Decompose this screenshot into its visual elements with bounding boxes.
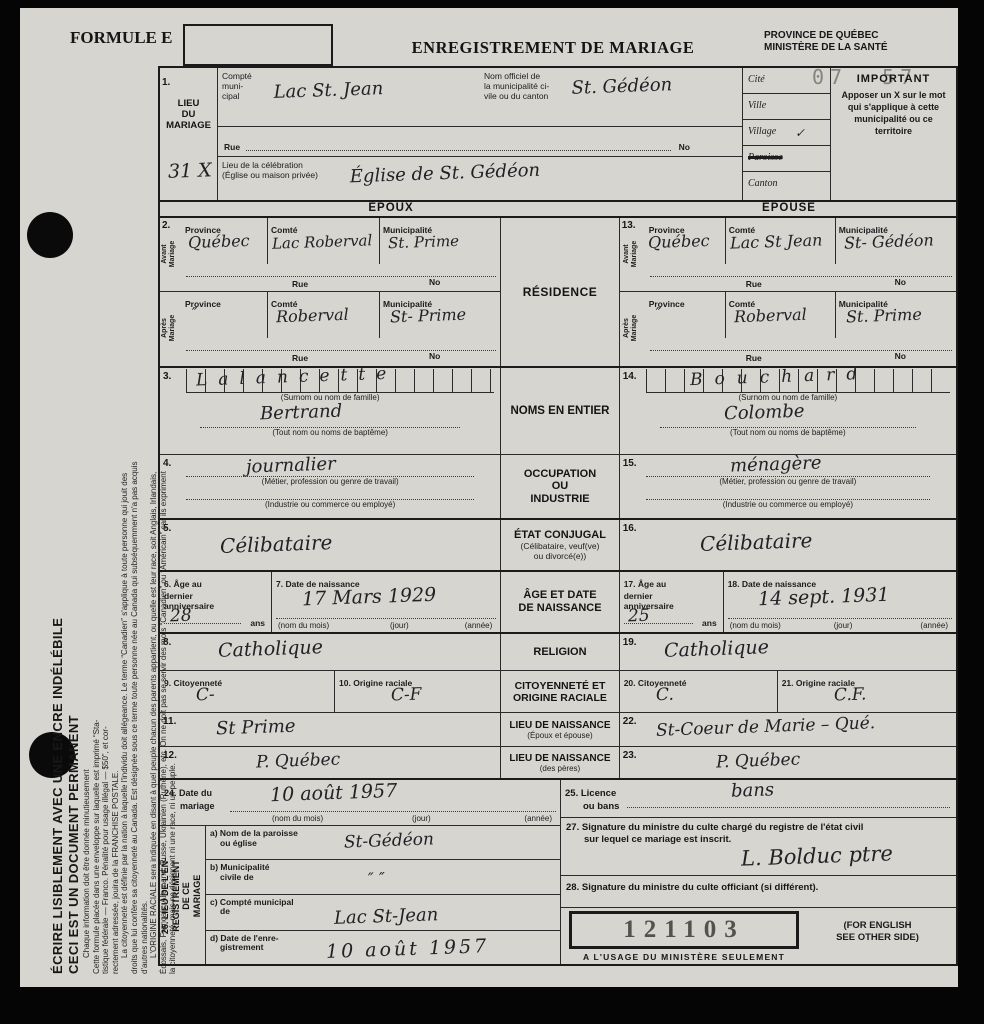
sec3-number: 3.	[163, 371, 171, 382]
sec15-number: 15.	[623, 458, 637, 469]
no-label: No	[429, 277, 440, 287]
sec11-number: 11.	[163, 716, 176, 727]
marriage-registration-form: 1. LIEU DU MARIAGE 31 X Compté muni- cip…	[158, 66, 958, 966]
sec16-number: 16.	[623, 523, 637, 534]
epoux-header: ÉPOUX	[160, 202, 622, 216]
hw-epoux-lieu-naissance: St Prime	[216, 716, 296, 740]
hw-municipalite-civile: St. Gédéon	[571, 74, 673, 123]
section-signature-officiant: 28. Signature du ministre du culte offic…	[561, 876, 956, 908]
margin-line: Cette formule placée dans une enveloppe …	[92, 78, 102, 974]
registration-number: 121103	[623, 916, 745, 944]
territory-paroisse: Paroisse	[743, 146, 830, 172]
etat-center-3: ou divorcé(e))	[501, 551, 618, 561]
territory-ville: Ville	[743, 94, 830, 120]
avant-mariage-label: Avant Mariage	[161, 232, 181, 276]
section-occupation: 4. journalier (Métier, profession ou gen…	[160, 454, 956, 518]
sec14-number: 14.	[623, 371, 637, 382]
rue-label: Rue	[746, 353, 762, 363]
age-center-1: ÂGE ET DATE	[501, 589, 618, 602]
territory-canton: Canton	[743, 172, 830, 200]
margin-line: rectement adressée, jouira de la FRANCHI…	[111, 78, 121, 974]
jour-label: (jour)	[412, 814, 431, 823]
date-dotted-line	[728, 618, 952, 619]
section-residence: 2. Avant Mariage Province Québec Comté L…	[160, 218, 956, 366]
hw-epouse-given-name: Colombe	[723, 401, 804, 425]
hw-epouse-avant-comte: Lac St Jean	[729, 230, 822, 252]
annee-label: (année)	[465, 621, 493, 630]
enregistrement-vert-1: LIEU DE L'EN-	[160, 858, 170, 919]
sec5-number: 5.	[163, 523, 171, 534]
date-mariage-dotted	[230, 811, 556, 812]
lieu-naissance-sub: (Époux et épouse)	[501, 731, 618, 740]
hw-epoux-occupation: journalier	[246, 453, 336, 477]
section-date-mariage: 24. Date du mariage 10 août 1957 (nom du…	[160, 780, 560, 826]
hw-lieu-celebration: Église de St. Gédéon	[349, 160, 540, 200]
residence-center-label: RÉSIDENCE	[501, 285, 618, 299]
hw-signature-ministre: L. Bolduc ptre	[741, 841, 894, 870]
rue-label: Rue	[746, 279, 762, 289]
sec18-number: 18.	[728, 579, 740, 589]
spouse-header-row: ÉPOUX ÉPOUSE	[160, 200, 956, 218]
margin-line: tistique fédérale — Franco. Pénalité pou…	[101, 78, 111, 974]
hw-epouse-avant-province: Québec	[647, 231, 709, 252]
citoyennete-center-1: CITOYENNETÉ ET	[501, 680, 618, 692]
territory-village: Village ✓	[743, 120, 830, 146]
age-center-2: DE NAISSANCE	[501, 602, 618, 615]
section-lieu-naissance: 11. St Prime LIEU DE NAISSANCE (Époux et…	[160, 712, 956, 746]
sec24-number: 24.	[164, 788, 177, 798]
hw-comte-municipal-enr: Lac St-Jean	[334, 904, 439, 929]
annee-label: (année)	[920, 621, 948, 630]
rue-dotted-line	[246, 150, 671, 151]
hw-epoux-religion: Catholique	[218, 636, 324, 662]
hw-epoux-apres-municipalite: St- Prime	[390, 305, 467, 327]
section-ministry-stamp: 121103 A L'USAGE DU MINISTÈRE SEULEMENT …	[561, 908, 956, 964]
hw-epoux-avant-province: Québec	[188, 231, 250, 252]
hw-epoux-date-naissance: 17 Mars 1929	[302, 584, 437, 611]
age-label-1: Âge au	[173, 579, 201, 589]
rue-label: Rue	[292, 279, 308, 289]
citoyennete-center-2: ORIGINE RACIALE	[501, 692, 618, 704]
sec25-number: 25.	[565, 788, 578, 799]
formule-label: FORMULE E	[70, 28, 172, 48]
comte-label-3: cipal	[222, 92, 266, 102]
enregistrement-row-c: c) Compté municipal de Lac St-Jean	[206, 895, 560, 931]
hw-epouse-avant-municipalite: St- Gédéon	[843, 230, 933, 252]
hw-epouse-etat-conjugal: Célibataire	[699, 528, 812, 556]
hw-date-mariage: 10 août 1957	[270, 780, 398, 806]
margin-line: La citoyenneté est définie par la nation…	[120, 78, 130, 974]
licence-dotted	[627, 807, 950, 808]
hw-epouse-origine: C.F.	[833, 684, 866, 705]
enregistrement-row-d: d) Date de l'enre- gistrement 10 août 19…	[206, 931, 560, 964]
section-licence: 25. Licence ou bans bans	[561, 780, 956, 818]
rue-dotted-line	[650, 350, 952, 351]
comte-municipal-label-2: de	[220, 907, 320, 917]
rue-dotted-line	[186, 350, 496, 351]
hw-epouse-lieu-naissance-pere: P. Québec	[715, 750, 800, 773]
sec9-number: 9.	[164, 678, 171, 688]
hw-epouse-occupation: ménagère	[729, 452, 821, 476]
sec23-number: 23.	[623, 750, 637, 761]
margin-line: Chaque information doit être donnée minu…	[82, 78, 92, 974]
industrie-dotted-line	[186, 486, 474, 500]
hw-village-mark: ✓	[795, 126, 806, 140]
industrie-dotted-line	[646, 486, 930, 500]
no-label: No	[679, 143, 690, 153]
section-noms: 3. Lalancette (Surnom ou nom de famille)…	[160, 366, 956, 454]
sec7-number: 7.	[276, 579, 283, 589]
metier-label: (Métier, profession ou genre de travail)	[620, 477, 956, 486]
sec27-number: 27.	[566, 822, 579, 833]
licence-label-1: Licence	[581, 788, 616, 799]
sec28-number: 28.	[566, 882, 579, 893]
hw-epouse-apres-municipalite: St. Prime	[845, 305, 921, 327]
ans-label: ans	[250, 619, 265, 629]
avant-mariage-label: Avant Mariage	[623, 232, 643, 276]
hw-paroisse: St-Gédéon	[344, 829, 435, 857]
margin-bold-line-2: CECI EST UN DOCUMENT PERMANENT	[66, 78, 82, 974]
bapteme-label: (Tout nom ou noms de baptême)	[160, 428, 500, 437]
section-citoyennete: 9. Citoyenneté C- 10. Origine raciale C-…	[160, 670, 956, 712]
margin-line: droits que lui confère sa citoyenneté au…	[130, 78, 140, 974]
rue-label: Rue	[224, 143, 240, 153]
stamp-box-empty	[183, 24, 333, 66]
hw-lieu-code: 31 X	[168, 159, 212, 183]
occupation-center-2: OU	[501, 480, 618, 493]
lieu-naissance-center: LIEU DE NAISSANCE	[501, 720, 618, 731]
hw-epouse-surname: Bouchard	[689, 364, 869, 390]
jour-label: (jour)	[390, 621, 409, 630]
no-label: No	[895, 277, 906, 287]
sec13-number: 13.	[622, 220, 636, 231]
hw-date-enregistrement: 10 août 1957	[326, 935, 490, 964]
hw-epouse-apres-comte: Roberval	[733, 305, 806, 327]
hw-epoux-etat-conjugal: Célibataire	[220, 530, 333, 558]
sec1-label-mariage: MARIAGE	[162, 120, 215, 131]
etat-center-2: (Célibataire, veuf(ve)	[501, 541, 618, 551]
ministere-line: MINISTÈRE DE LA SANTÉ	[764, 42, 888, 54]
sec1-number: 1.	[162, 77, 170, 88]
date-enregistrement-label-2: gistrement	[220, 943, 320, 953]
metier-label: (Métier, profession ou genre de travail)	[160, 477, 500, 486]
paroisse-label-2: ou église	[220, 839, 320, 849]
ministry-stamp-box: 121103	[569, 911, 799, 949]
hw-licence-ou-bans: bans	[731, 779, 775, 801]
municipalite-civile-label-2: civile de	[220, 873, 320, 883]
noms-center-label: NOMS EN ENTIER	[501, 405, 618, 417]
enregistrement-vert-2: REGISTREMENT	[171, 826, 182, 966]
annee-label: (année)	[524, 814, 552, 823]
important-title: IMPORTANT	[837, 73, 950, 85]
sec21-number: 21.	[782, 678, 794, 688]
rue-label: Rue	[292, 353, 308, 363]
province-label: Province	[649, 299, 685, 309]
sec2-number: 2.	[162, 220, 170, 231]
enregistrement-row-b: b) Municipalité civile de ″ ″	[206, 860, 560, 894]
section-religion: 8. Catholique RELIGION 19. Catholique	[160, 632, 956, 670]
etat-center-1: ÉTAT CONJUGAL	[501, 529, 618, 541]
sec19-number: 19.	[623, 637, 637, 648]
industrie-label: (Industrie ou commerce ou employé)	[620, 500, 956, 509]
hw-municipalite-civile-ditto: ″ ″	[368, 869, 386, 891]
occupation-center-3: INDUSTRIE	[501, 493, 618, 506]
section-enregistrement: 26. LIEU DE L'EN- REGISTREMENT DE CE MAR…	[160, 826, 560, 964]
section-signature-registre: 27. Signature du ministre du culte charg…	[561, 818, 956, 876]
hw-epoux-apres-province: ″	[192, 304, 198, 322]
sec26-number: 26.	[160, 922, 170, 935]
hw-epoux-apres-comte: Roberval	[276, 305, 349, 327]
sec12-number: 12.	[163, 750, 177, 761]
enregistrement-row-a: a) Nom de la paroisse ou église St-Gédéo…	[206, 826, 560, 860]
english-note-1: (FOR ENGLISH	[799, 920, 956, 932]
important-text: Apposer un X sur le mot qui s'applique à…	[837, 89, 950, 137]
signature-registre-text-1: Signature du ministre du culte chargé du…	[582, 822, 864, 833]
territory-cite: Cité	[743, 68, 830, 94]
date-dotted-line	[276, 618, 496, 619]
province-line: PROVINCE DE QUÉBEC	[764, 30, 888, 42]
industrie-label: (Industrie ou commerce ou employé)	[160, 500, 500, 509]
hw-epoux-citoyennete: C-	[196, 685, 215, 706]
form-title: ENREGISTREMENT DE MARIAGE	[388, 38, 718, 58]
jour-label: (jour)	[834, 621, 853, 630]
ans-label: ans	[702, 619, 717, 629]
sec20-number: 20.	[624, 678, 636, 688]
sec8-number: 8.	[163, 637, 171, 648]
section-lieu-du-mariage: 1. LIEU DU MARIAGE 31 X Compté muni- cip…	[160, 68, 956, 200]
mois-label: (nom du mois)	[272, 814, 323, 823]
hw-epoux-avant-municipalite: St. Prime	[388, 232, 460, 252]
religion-center-label: RELIGION	[501, 646, 618, 658]
hw-epouse-date-naissance: 14 sept. 1931	[757, 584, 889, 611]
margin-line: d'autres nationalités.	[140, 78, 150, 974]
section-age-naissance: 6. Âge au dernier anniversaire 28 ans 7.…	[160, 570, 956, 632]
sec10-number: 10.	[339, 678, 351, 688]
enregistrement-vert-3: DE CE	[181, 826, 192, 966]
hw-epouse-lieu-naissance: St-Coeur de Marie – Qué.	[655, 713, 875, 741]
sec6-number: 6.	[164, 579, 171, 589]
apres-mariage-label: Après Mariage	[623, 306, 643, 350]
lieu-naissance-peres-center: LIEU DE NAISSANCE	[501, 753, 618, 764]
hw-epouse-religion: Catholique	[663, 636, 769, 662]
sec1-label-lieu: LIEU	[162, 98, 215, 109]
hw-epoux-origine: C-F	[391, 684, 422, 705]
hw-epoux-avant-comte: Lac Roberval	[272, 231, 373, 252]
province-label: Province	[185, 299, 221, 309]
apres-mariage-label: Après Mariage	[161, 306, 181, 350]
age-dotted-line	[624, 623, 693, 624]
hw-epouse-citoyennete: C.	[655, 685, 673, 706]
no-label: No	[895, 351, 906, 361]
hw-epoux-surname: Lalancette	[196, 363, 398, 390]
hw-epoux-lieu-naissance-pere: P. Québec	[256, 750, 341, 773]
age-label-1: Âge au	[638, 579, 666, 589]
section-bottom: 24. Date du mariage 10 août 1957 (nom du…	[160, 778, 956, 964]
date-mariage-label-1: Date du	[179, 788, 212, 798]
signature-officiant-text: Signature du ministre du culte officiant…	[582, 882, 818, 893]
nom-officiel-label-3: vile ou du canton	[484, 92, 562, 102]
no-label: No	[429, 351, 440, 361]
hw-epouse-apres-province: ″	[655, 304, 661, 322]
mois-label: (nom du mois)	[730, 621, 781, 630]
ministry-usage-caption: A L'USAGE DU MINISTÈRE SEULEMENT	[569, 952, 799, 962]
section-etat-conjugal: 5. Célibataire ÉTAT CONJUGAL (Célibatair…	[160, 518, 956, 570]
epouse-header: ÉPOUSE	[622, 202, 956, 216]
lieu-celebration-label-2: (Église ou maison privée)	[222, 171, 326, 181]
signature-registre-text-2: sur lequel ce mariage est inscrit.	[584, 834, 951, 846]
scanned-form-paper: ÉCRIRE LISIBLEMENT AVEC UNE ENCRE INDÉLÉ…	[20, 8, 958, 987]
margin-bold-line-1: ÉCRIRE LISIBLEMENT AVEC UNE ENCRE INDÉLÉ…	[50, 78, 66, 974]
mois-label: (nom du mois)	[278, 621, 329, 630]
sec17-number: 17.	[624, 579, 636, 589]
hw-comte-municipal: Lac St. Jean	[273, 78, 384, 124]
bapteme-label: (Tout nom ou noms de baptême)	[620, 428, 956, 437]
enregistrement-vert-4: MARIAGE	[192, 826, 203, 966]
section-lieu-naissance-peres: 12. P. Québec LIEU DE NAISSANCE (des pèr…	[160, 746, 956, 778]
sec1-label-du: DU	[162, 109, 215, 120]
lieu-naissance-peres-sub: (des pères)	[501, 764, 618, 773]
rue-dotted-line	[650, 276, 952, 277]
hw-epoux-given-name: Bertrand	[260, 401, 343, 425]
sec22-number: 22.	[623, 716, 637, 727]
occupation-center-1: OCCUPATION	[501, 468, 618, 481]
sec4-number: 4.	[163, 458, 171, 469]
age-dotted-line	[164, 623, 241, 624]
english-note-2: SEE OTHER SIDE)	[799, 932, 956, 944]
rue-dotted-line	[186, 276, 496, 277]
